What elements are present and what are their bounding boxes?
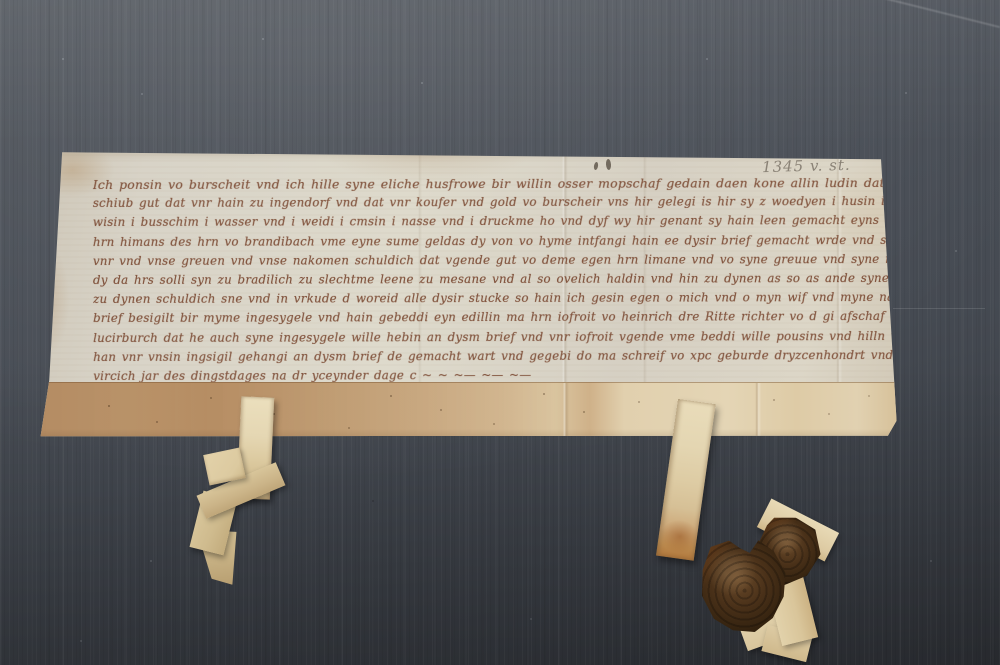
surface-scratch <box>893 308 985 309</box>
photograph-of-charter: 1345 v. st. Ich ponsin vo burscheit vnd … <box>0 0 1000 665</box>
manuscript-line: lucirburch dat he auch syne ingesygele w… <box>93 326 893 347</box>
manuscript-line: hrn himans des hrn vo brandibach vme eyn… <box>93 231 893 252</box>
plica-fold <box>38 382 900 439</box>
ink-mark <box>606 159 612 170</box>
manuscript-line: zu dynen schuldich sne vnd in vrkude d w… <box>93 288 893 309</box>
manuscript-line: dy da hrs solli syn zu bradilich zu slec… <box>93 269 893 290</box>
manuscript-line: schiub gut dat vnr hain zu ingendorf vnd… <box>93 192 893 213</box>
manuscript-line: wisin i busschim i wasser vnd i weidi i … <box>93 211 893 232</box>
manuscript-line: han vnr vnsin ingsigil gehangi an dysm b… <box>93 346 893 367</box>
manuscript-line: brief besigilt bir myme ingesygele vnd h… <box>93 307 893 328</box>
ink-mark <box>593 162 598 171</box>
manuscript-line: Ich ponsin vo burscheit vnd ich hille sy… <box>93 173 893 194</box>
parchment-charter: 1345 v. st. Ich ponsin vo burscheit vnd … <box>38 150 900 438</box>
manuscript-text: Ich ponsin vo burscheit vnd ich hille sy… <box>93 173 894 387</box>
dust-specks <box>0 0 2 2</box>
manuscript-line: vnr vnd vnse greuen vnd vnse nakomen sch… <box>93 250 893 271</box>
